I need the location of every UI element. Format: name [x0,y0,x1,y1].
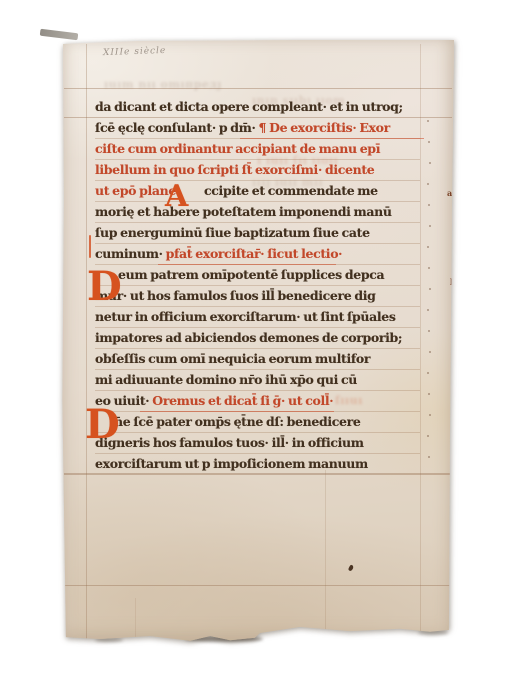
text-line: morię et habere poteſtatem imponendi man… [95,204,392,219]
red-margin-stroke [89,235,91,258]
ink-segment: netur in officium exorciſtarum· ut ſint … [95,309,396,324]
manuscript-leaf: XIIIe siècle ıuım nıı omıпредȷının sııbı… [62,38,454,642]
text-line: netur in officium exorciſtarum· ut ſint … [95,309,396,324]
prick-mark [428,141,430,143]
prick-mark [428,267,430,269]
text-line: exorciſtarum ut p impoſicionem manuum [95,456,368,471]
prick-mark [428,204,430,206]
text-block: da dicant et dicta opere compleant· et i… [62,38,454,642]
prick-mark [427,435,429,437]
drop-cap-d: D [85,405,120,445]
prick-mark [429,351,431,353]
rubric-segment: pfat̄ exorciſtar̄· ſicut lectio· [166,246,343,261]
ink-segment: mur· ut hos famulos ſuos ill̄ benedicere… [95,288,376,303]
ink-segment: ſup energuminū ſiue baptizatum ſiue cate [95,225,370,240]
prick-mark [429,225,431,227]
ink-segment: n̄e ſcē pater omp̄s ęt̄ne dſ: benedicere [114,414,360,429]
prick-mark [427,309,429,311]
text-line: ut epō plane·ccipite et commendate me [95,183,378,198]
prick-mark [428,456,430,458]
text-line: ſcē ęclę conſulant· p dm̄· ¶ De exorciſt… [95,120,390,135]
text-line: mi adiuuante domino nr̄o ihū xp̄o qui cū [95,372,357,387]
prick-mark [427,372,429,374]
ink-segment: ccipite et commendate me [204,183,378,198]
ink-segment: obſeſſis cum omī nequicia eorum multifor [95,351,370,366]
text-line: impatores ad abiciendos demones de corpo… [95,330,402,345]
text-line: cuminum· pfat̄ exorciſtar̄· ſicut lectio… [95,246,342,261]
drop-cap-d: D [87,267,122,307]
prick-mark [428,393,430,395]
text-line: ciſte cum ordinantur accipiant de manu e… [95,141,380,156]
text-line: ſup energuminū ſiue baptizatum ſiue cate [95,225,370,240]
rubric-segment: Oremus et dicat̄ ſi ḡ· ut coll̄· [152,393,333,408]
rubric-segment: ciſte cum ordinantur accipiant de manu e… [95,141,380,156]
text-line: n̄e ſcē pater omp̄s ęt̄ne dſ: benedicere [114,414,360,429]
ink-segment: ſcē ęclę conſulant· p dm̄· [95,120,259,135]
manuscript-leaf-wrapper: XIIIe siècle ıuım nıı omıпредȷının sııbı… [62,38,454,642]
text-line: eo uiuit· Oremus et dicat̄ ſi ḡ· ut coll… [95,393,333,408]
prick-mark [427,183,429,185]
prick-mark [427,246,429,248]
margin-mark-a: a [447,188,452,198]
ink-segment: mi adiuuante domino nr̄o ihū xp̄o qui cū [95,372,357,387]
rubric-segment: ¶ De exorciſtis· Exor [259,120,390,135]
ink-segment: cuminum· [95,246,166,261]
prick-mark [428,330,430,332]
text-line: eum patrem omīpotentē ſupplices depca [118,267,384,282]
rubric-segment: libellum in quo ſcripti ſt̄ exorciſmi· d… [95,162,374,177]
text-line: libellum in quo ſcripti ſt̄ exorciſmi· d… [95,162,374,177]
ink-segment: da dicant et dicta opere compleant· et i… [95,99,403,114]
text-line: da dicant et dicta opere compleant· et i… [95,99,403,114]
ink-segment: digneris hos famulos tuos· ill̄· in offi… [95,435,364,450]
margin-mark-b: b [450,277,456,287]
text-line: digneris hos famulos tuos· ill̄· in offi… [95,435,364,450]
text-line: mur· ut hos famulos ſuos ill̄ benedicere… [95,288,376,303]
ink-segment: exorciſtarum ut p impoſicionem manuum [95,456,368,471]
prick-mark [427,120,429,122]
prick-mark [429,414,431,416]
text-line: obſeſſis cum omī nequicia eorum multifor [95,351,370,366]
ink-segment: eum patrem omīpotentē ſupplices depca [118,267,384,282]
drop-cap-a: A [165,182,188,212]
red-pigment-dot [453,428,457,432]
ink-segment: impatores ad abiciendos demones de corpo… [95,330,402,345]
ink-segment: morię et habere poteſtatem imponendi man… [95,204,392,219]
prick-mark [429,288,431,290]
prick-mark [429,162,431,164]
manuscript-photo: XIIIe siècle ıuım nıı omıпредȷının sııbı… [0,0,510,685]
